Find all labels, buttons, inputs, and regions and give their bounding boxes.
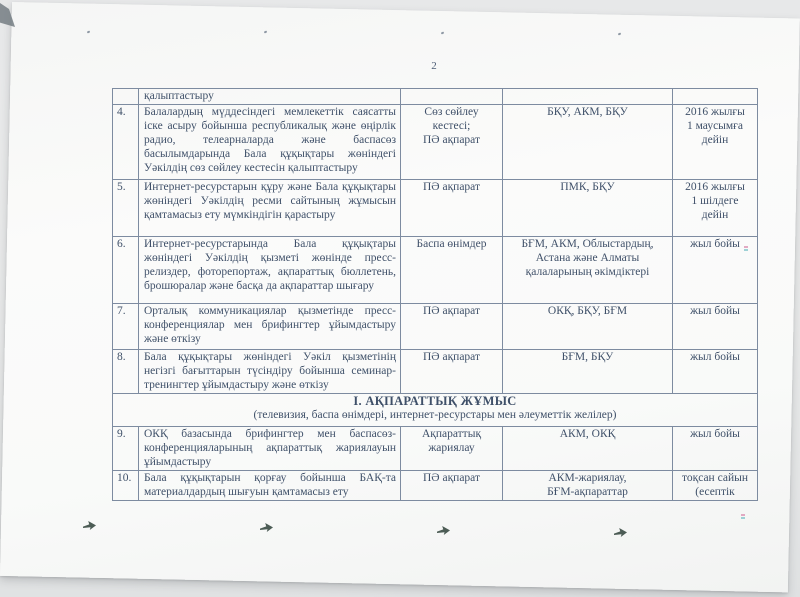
activity-cell: Орталық коммуникациялар қызметінде пресс…	[139, 303, 401, 349]
responsible-cell	[503, 89, 673, 105]
row-number-cell: 10.	[113, 470, 139, 500]
responsible-cell: ОКҚ, БҚУ, БҒМ	[503, 303, 673, 349]
row-number-cell: 4.	[113, 104, 139, 179]
table-row-9: 9. ОКҚ базасында брифингтер мен баспасөз…	[113, 426, 758, 470]
form-cell: Баспа өнімдер	[401, 236, 503, 303]
form-cell: ПӘ ақпарат	[401, 349, 503, 393]
activity-cell: Интернет-ресурстарында Бала құқықтары жө…	[139, 236, 401, 303]
form-cell: ПӘ ақпарат	[401, 179, 503, 236]
fold-speck-icon	[264, 31, 268, 34]
form-cell: Ақпараттық жариялау	[401, 426, 503, 470]
term-cell	[673, 89, 758, 105]
term-cell: 2016 жылғы 1 маусымға дейін	[673, 104, 758, 179]
row-number-cell: 7.	[113, 303, 139, 349]
section-header-row: I. АҚПАРАТТЫҚ ЖҰМЫС (телевизия, баспа өн…	[113, 393, 758, 426]
fold-speck-icon	[441, 32, 445, 35]
term-cell: тоқсан сайын (есептік	[673, 470, 758, 500]
row-number-cell	[113, 89, 139, 105]
table-row-7: 7. Орталық коммуникациялар қызметінде пр…	[113, 303, 758, 349]
activity-cell: ОКҚ базасында брифингтер мен баспасөз-ко…	[139, 426, 401, 470]
fold-speck-icon	[87, 31, 91, 34]
section-header-cell: I. АҚПАРАТТЫҚ ЖҰМЫС (телевизия, баспа өн…	[113, 393, 758, 426]
table-row-8: 8. Бала құқықтары жөніндегі Уәкіл қызмет…	[113, 349, 758, 393]
form-cell: ПӘ ақпарат	[401, 470, 503, 500]
form-cell	[401, 89, 503, 105]
table-row-4: 4. Балалардың мүддесіндегі мемлекеттік с…	[113, 104, 758, 179]
term-cell: жыл бойы	[673, 349, 758, 393]
section-title: I. АҚПАРАТТЫҚ ЖҰМЫС	[115, 395, 755, 409]
responsible-cell: БҒМ, АКМ, Облыстардың, Астана және Алмат…	[503, 236, 673, 303]
row-number-cell: 9.	[113, 426, 139, 470]
ink-smudge-icon	[83, 521, 96, 530]
form-cell: ПӘ ақпарат	[401, 303, 503, 349]
responsible-cell: ПМК, БҚУ	[503, 179, 673, 236]
row-number-cell: 5.	[113, 179, 139, 236]
table-row-6: 6. Интернет-ресурстарында Бала құқықтары…	[113, 236, 758, 303]
color-artifact-icon	[744, 246, 748, 248]
responsible-cell: БҒМ, БҚУ	[503, 349, 673, 393]
color-artifact-icon	[741, 514, 745, 516]
responsible-cell: АКМ-жариялау, БҒМ-ақпараттар	[503, 470, 673, 500]
row-number-cell: 6.	[113, 236, 139, 303]
ink-smudge-icon	[437, 526, 450, 535]
page-number: 2	[426, 60, 442, 72]
term-cell: жыл бойы	[673, 426, 758, 470]
activity-cell: қалыптастыру	[139, 89, 401, 105]
activity-cell: Бала құқықтарын қорғау бойынша БАҚ-та ма…	[139, 470, 401, 500]
section-subtitle: (телевизия, баспа өнімдері, интернет-рес…	[115, 409, 755, 423]
color-artifact-icon	[741, 517, 745, 519]
row-number-cell: 8.	[113, 349, 139, 393]
responsible-cell: АКМ, ОКҚ	[503, 426, 673, 470]
table-row-continuation: қалыптастыру	[113, 89, 758, 105]
responsible-cell: БҚУ, АКМ, БҚУ	[503, 104, 673, 179]
ink-smudge-icon	[260, 523, 273, 532]
term-cell: 2016 жылғы 1 шілдеге дейін	[673, 179, 758, 236]
activity-cell: Балалардың мүддесіндегі мемлекеттік саяс…	[139, 104, 401, 179]
scan-background: 2 қалыптастыру 4. Балалардың мүддесіндег…	[0, 0, 800, 597]
activity-cell: Бала құқықтары жөніндегі Уәкіл қызметіні…	[139, 349, 401, 393]
table-row-5: 5. Интернет-ресурстарын құру және Бала қ…	[113, 179, 758, 236]
table-row-10: 10. Бала құқықтарын қорғау бойынша БАҚ-т…	[113, 470, 758, 500]
activity-cell: Интернет-ресурстарын құру және Бала құқы…	[139, 179, 401, 236]
action-plan-table: қалыптастыру 4. Балалардың мүддесіндегі …	[112, 88, 758, 501]
page-content: 2 қалыптастыру 4. Балалардың мүддесіндег…	[0, 0, 800, 597]
form-cell: Сөз сөйлеу кестесі; ПӘ ақпарат	[401, 104, 503, 179]
ink-smudge-icon	[614, 528, 627, 537]
term-cell: жыл бойы	[673, 303, 758, 349]
fold-speck-icon	[618, 33, 622, 36]
color-artifact-icon	[744, 249, 748, 251]
